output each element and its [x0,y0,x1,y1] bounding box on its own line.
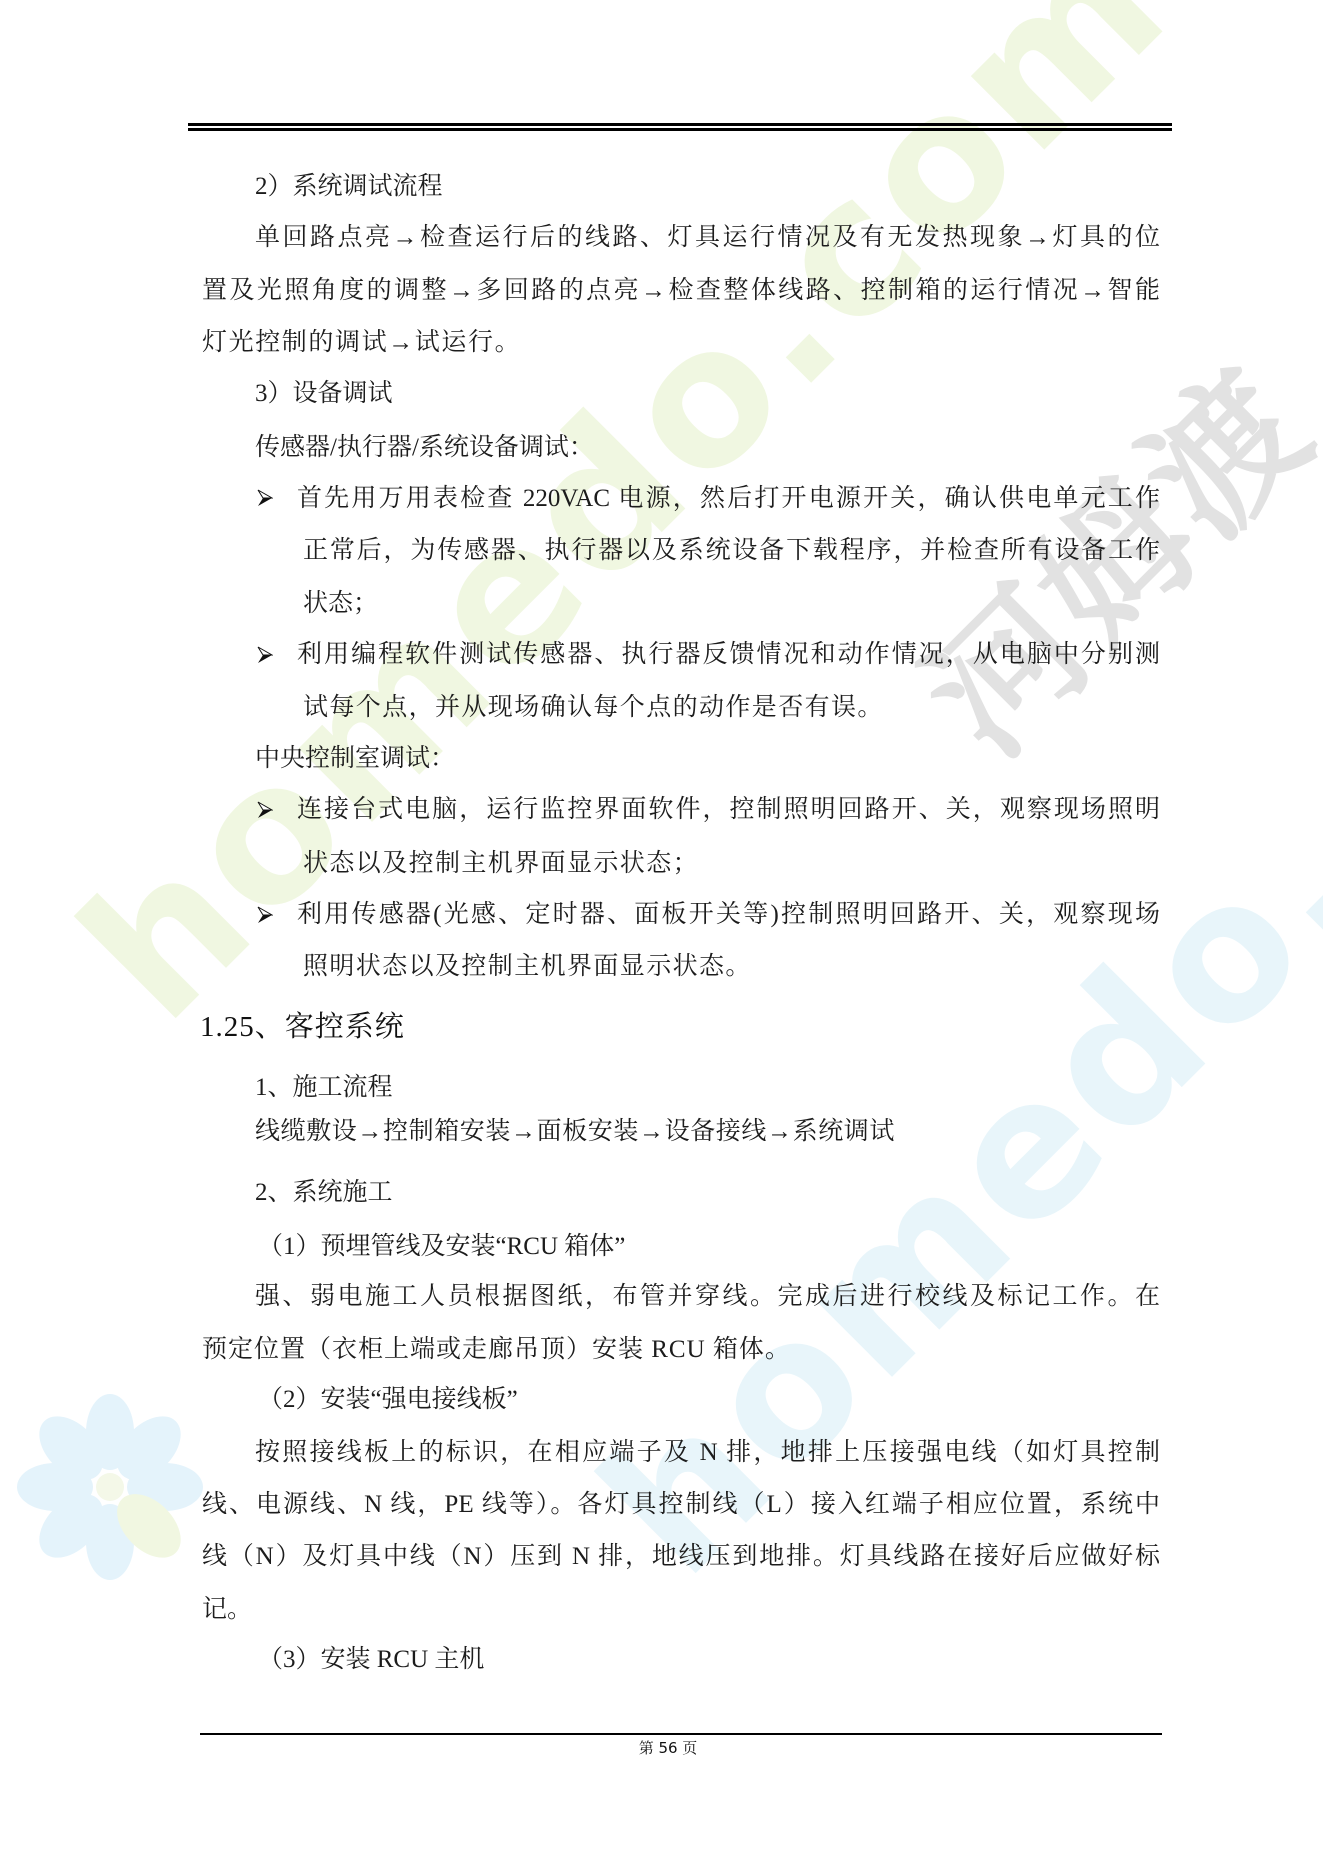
section-heading-guest-control: 1.25、客控系统 [200,1008,405,1046]
step-2-para-line-4: 记。 [202,1593,252,1627]
step-2-para-line-2: 线、电源线、N 线，PE 线等）。各灯具控制线（L）接入红端子相应位置，系统中 [202,1488,1160,1522]
section-title-debug-flow: 2）系统调试流程 [255,170,443,204]
arrowhead-bullet-icon [257,646,273,664]
debug-flow-line-1: 单回路点亮→检查运行后的线路、灯具运行情况及有无发热现象→灯具的位 [255,221,1160,255]
debug-flow-line-2: 置及光照角度的调整→多回路的点亮→检查整体线路、控制箱的运行情况→智能 [202,274,1160,308]
step-1-para-line-1: 强、弱电施工人员根据图纸，布管并穿线。完成后进行校线及标记工作。在 [255,1280,1160,1314]
footer-rule [200,1733,1162,1735]
arrowhead-bullet-icon [257,489,273,507]
debug-flow-line-3: 灯光控制的调试→试运行。 [202,326,521,360]
step-2-para-line-3: 线（N）及灯具中线（N）压到 N 排，地线压到地排。灯具线路在接好后应做好标 [202,1540,1160,1574]
step-2-title: （2）安装“强电接线板” [258,1383,518,1417]
arrowhead-bullet-icon [257,906,273,924]
subheading-construction-flow: 1、施工流程 [255,1071,393,1105]
page-number: 第 56 页 [568,1738,768,1758]
flower-logo-icon [15,1392,205,1582]
step-1-title: （1）预埋管线及安装“RCU 箱体” [258,1230,625,1264]
bullet-4-line-2: 照明状态以及控制主机界面显示状态。 [303,950,752,984]
bullet-4-line-1: 利用传感器(光感、定时器、面板开关等)控制照明回路开、关，观察现场 [297,898,1160,932]
step-1-para-line-2: 预定位置（衣柜上端或走廊吊顶）安装 RCU 箱体。 [202,1333,791,1367]
arrowhead-bullet-icon [257,801,273,819]
subheading-central-control-debug: 中央控制室调试： [255,742,455,776]
bullet-1-line-2: 正常后，为传感器、执行器以及系统设备下载程序，并检查所有设备工作 [303,534,1160,568]
section-title-device-debug: 3）设备调试 [255,377,393,411]
bullet-1-line-3: 状态； [303,587,378,621]
subheading-sensor-debug: 传感器/执行器/系统设备调试： [255,431,594,465]
bullet-2-line-2: 试每个点，并从现场确认每个点的动作是否有误。 [303,691,884,725]
header-rule-thin [188,128,1172,131]
bullet-1-line-1: 首先用万用表检查 220VAC 电源，然后打开电源开关，确认供电单元工作 [297,482,1160,516]
bullet-2-line-1: 利用编程软件测试传感器、执行器反馈情况和动作情况，从电脑中分别测 [297,638,1160,672]
bullet-3-line-2: 状态以及控制主机界面显示状态； [303,847,699,881]
step-3-title: （3）安装 RCU 主机 [258,1643,484,1677]
subheading-system-construction: 2、系统施工 [255,1176,393,1210]
bullet-3-line-1: 连接台式电脑，运行监控界面软件，控制照明回路开、关，观察现场照明 [297,793,1160,827]
header-rule-thick [188,123,1172,126]
step-2-para-line-1: 按照接线板上的标识，在相应端子及 N 排，地排上压接强电线（如灯具控制 [255,1436,1160,1470]
construction-flow-steps: 线缆敷设→控制箱安装→面板安装→设备接线→系统调试 [255,1115,895,1149]
